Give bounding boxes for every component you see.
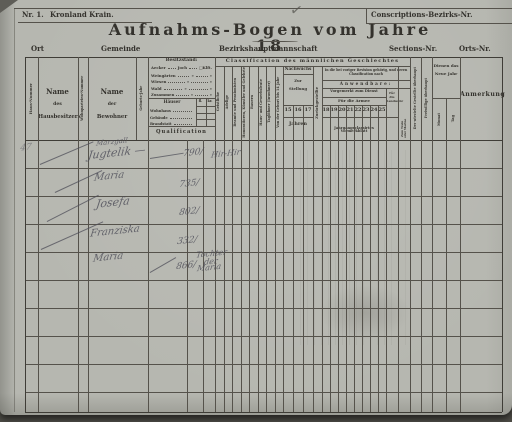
nachwuchs-age-cell: 16 (293, 108, 303, 113)
rule-line (25, 57, 26, 412)
armee-age-cell: 21 (346, 108, 354, 113)
house-owner-column-header: NamedesHausbesitzers (38, 84, 77, 123)
nachwuchs-title: Nachwuchs (283, 67, 313, 71)
dwelling-party-column-header: Wohnparteien-Nummer (78, 57, 88, 140)
armee-age-cell: 19 (330, 108, 338, 113)
property-row: Weingärten»» (151, 72, 212, 78)
margin-note-entry-line: Maria (196, 263, 221, 274)
resident-column-header: NamederBewohner (88, 84, 136, 123)
rule-line (25, 364, 502, 365)
crownland-label: Kronland Krain. (50, 11, 114, 18)
rule-line (338, 105, 339, 412)
paper-sheet: Nr. 1. Kronland Krain. Conscriptions-Bez… (0, 0, 512, 415)
property-units-row: Aecker Joch □Klft. (151, 64, 212, 70)
pen-stroke (150, 153, 184, 160)
estate-column-header: Adelige (224, 66, 233, 138)
rule-line (346, 105, 347, 412)
scan-corner-shadow (0, 0, 18, 13)
estate-column-header: Haus- und Gewerbsleute (258, 66, 267, 138)
rule-line (78, 57, 79, 412)
rule-line (25, 168, 502, 169)
bezirkshauptmannschaft-label: Bezirkshauptmannschaft (219, 45, 318, 52)
rule-line (410, 57, 411, 412)
scanned-census-sheet: Nr. 1. Kronland Krain. Conscriptions-Bez… (0, 0, 512, 422)
houses-row: Brandstatt (150, 120, 194, 126)
rule-line (432, 57, 433, 412)
rule-line (38, 57, 39, 412)
title-flourish (252, 41, 298, 42)
armee-age-cell: 23 (362, 108, 370, 113)
rule-line (196, 98, 197, 126)
sheet-number: Nr. 1. (22, 11, 44, 18)
rule-line (421, 57, 422, 412)
ort-label: Ort (31, 45, 44, 52)
rule-line (293, 105, 294, 412)
qualification-label: Qualification (148, 130, 215, 135)
property-row: Wald»» (151, 85, 212, 91)
birth-year-entry: 802/ (178, 207, 199, 218)
birth-year-entry: 332/ (176, 236, 197, 247)
estate-column-header: Von der Geburt bis 14 Jahr (275, 66, 284, 138)
houses-row: Gebäude (150, 114, 194, 120)
rule-line (88, 57, 89, 412)
resident-name-entry: Franziska (89, 224, 140, 239)
estate-column-header: Taglöhner (Inwohner) (266, 66, 275, 138)
rule-line (313, 66, 314, 412)
rule-line (18, 22, 152, 23)
rule-line (283, 66, 284, 412)
rule-line (386, 117, 398, 118)
armee-title: Für die Armee (322, 99, 386, 103)
house-number-entry: 47 (19, 143, 32, 153)
rule-line (203, 140, 204, 412)
rule-line (502, 57, 503, 412)
pen-stroke (40, 141, 94, 165)
ink-showthrough-smudge (300, 150, 410, 345)
rule-line (25, 392, 502, 393)
birth-year-entry: 866/ (175, 261, 196, 272)
nachwuchs-sub1: Zur (283, 79, 313, 83)
rule-line (25, 412, 502, 413)
handwritten-checkmark: ✓ (289, 2, 304, 19)
pen-stroke (47, 195, 99, 222)
rule-line (148, 57, 149, 412)
rule-line (322, 88, 410, 89)
sections-nr-label: Sections-Nr. (389, 45, 437, 52)
resident-name-entry: Maria (92, 251, 123, 264)
armee-age-cell: 24 (370, 108, 378, 113)
nachwuchs-sub2: Stellung (283, 87, 313, 91)
rule-line (25, 308, 502, 309)
houses-unit-kr: kr. (206, 100, 215, 103)
rule-line (378, 105, 379, 412)
rule-line (398, 66, 399, 412)
pen-stroke (150, 257, 177, 273)
rule-line (14, 8, 512, 9)
anmerkung-column-header: Anmerkung (460, 92, 502, 98)
nachwuchs-age-cell: 17 (303, 108, 313, 113)
rule-line (303, 105, 304, 412)
page-fold-line (14, 8, 15, 412)
estate-column-header: Geistliche (215, 66, 224, 138)
rule-line (25, 336, 502, 337)
stain-smudge (320, 285, 410, 340)
rule-line (362, 105, 363, 412)
deferred-column-header: Zurückgestellte (313, 66, 322, 140)
armee-age-cell: 22 (354, 108, 362, 113)
train-marine-column-header: Zum Train oder Marine (398, 117, 410, 140)
rule-line (322, 80, 410, 81)
armee-age-cell: 18 (322, 108, 330, 113)
resident-name-entry: Josefa (95, 195, 130, 210)
rule-line (330, 105, 331, 412)
rule-line (322, 97, 386, 98)
rule-line (136, 57, 137, 140)
houses-row: Wohnhaus (150, 107, 194, 113)
rule-line (370, 105, 371, 412)
houses-box-title: Häuser (148, 100, 196, 104)
wievielte-column-header: Der wievielte Gestellte überhaupt (410, 58, 421, 139)
rule-line (386, 88, 387, 412)
orts-nr-label: Orts-Nr. (459, 45, 491, 52)
property-box-title: Besitzstand: (148, 59, 215, 64)
vorgemerkt-label: Vorgemerkt zum Dienst (322, 90, 386, 94)
rule-line (322, 66, 323, 412)
estate-column-header: Beamte und Pensionisten (232, 66, 241, 138)
conscription-district-label: Conscriptions-Bezirks-Nr. (371, 11, 473, 18)
estate-column-header: Honoratioren, Künstler und Gelehrte (241, 66, 250, 138)
anwendbare-label: Anwendbare: (322, 82, 410, 86)
revision-note: In die bei voriger Revision gehörig, und… (324, 68, 408, 76)
birth-year-entry: 735/ (178, 179, 199, 190)
dienen-tag-header: Tag (446, 98, 460, 140)
birth-year-entry: 790/ (182, 148, 203, 159)
gemeinde-label: Gemeinde (101, 45, 140, 52)
rule-line (283, 117, 313, 118)
rule-line (25, 280, 502, 281)
rule-line (206, 98, 207, 126)
house-number-column-header: Haus-Nummer (25, 57, 38, 140)
classification-title: Classification des männlichen Geschlecht… (215, 59, 410, 64)
rule-line (283, 74, 313, 75)
rule-line (446, 98, 447, 412)
estate-column-header: Bauern (249, 66, 258, 138)
rule-line (354, 105, 355, 412)
dienen-box-title: Dienen das Neue Jahr (433, 62, 459, 77)
birth-year-column-header: Geburts-Jahr (136, 57, 148, 140)
freiwillige-column-header: Freiwillige überhaupt (421, 58, 432, 139)
dienen-monat-header: Monat (432, 98, 446, 140)
nachwuchs-footer: Jahren (283, 122, 313, 127)
armee-age-cell: 20 (338, 108, 346, 113)
property-row: Zusammen»» (151, 91, 212, 97)
armee-age-cell: 25 (378, 108, 386, 113)
rule-line (366, 8, 367, 23)
nachwuchs-age-cell: 15 (283, 108, 293, 113)
rule-line (366, 23, 512, 24)
property-row: Wiesen»» (151, 78, 212, 84)
landwehr-column-header: Für die Landwehr (387, 91, 398, 104)
margin-note-entry: Hir-Hir (211, 148, 241, 159)
rule-line (460, 57, 461, 412)
rule-line (283, 105, 313, 106)
houses-unit-fl: fl. (196, 100, 205, 103)
rule-line (25, 57, 502, 58)
